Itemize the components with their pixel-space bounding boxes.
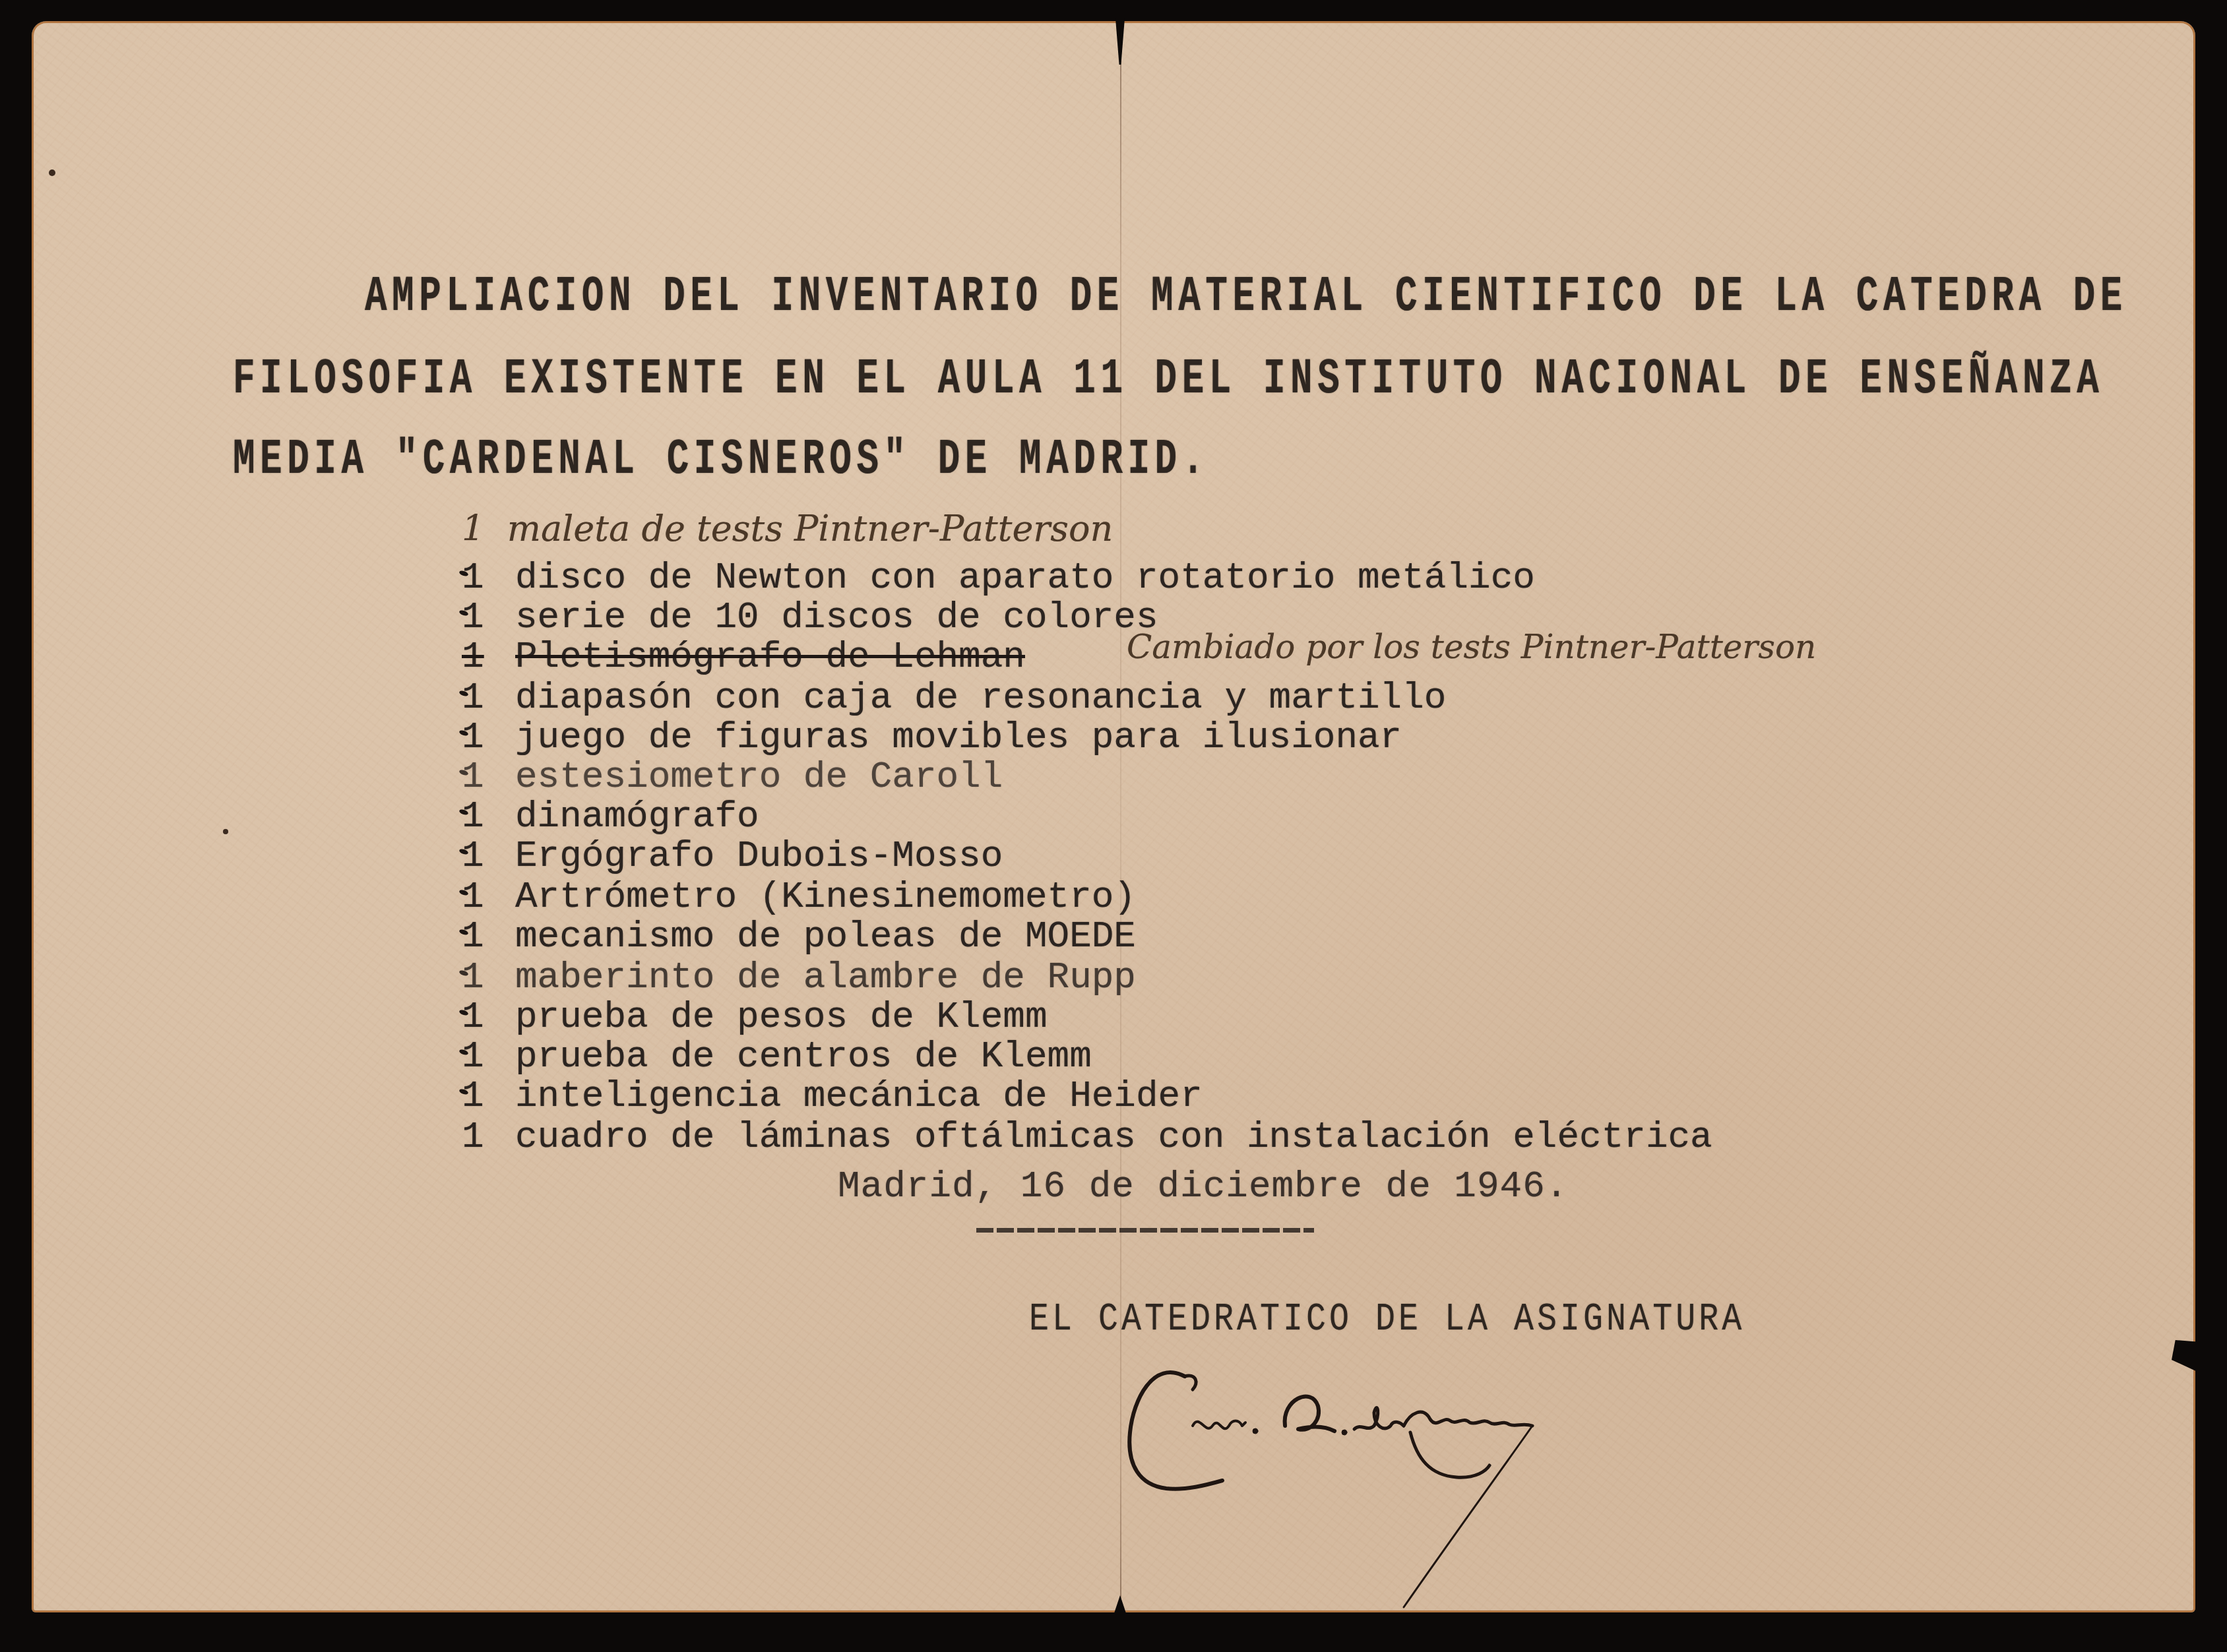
item-text: maberinto de alambre de Rupp	[515, 956, 1136, 998]
item-qty: 1	[462, 756, 484, 798]
signature	[1113, 1360, 1707, 1637]
item-text: diapasón con caja de resonancia y martil…	[515, 677, 1446, 719]
item-text: inteligencia mecánica de Heider	[515, 1075, 1203, 1117]
item-qty: 1	[462, 956, 484, 998]
item-text: Ergógrafo Dubois-Mosso	[515, 835, 1003, 877]
heading-line-3: MEDIA "CARDENAL CISNEROS" DE MADRID.	[233, 431, 1209, 488]
item-qty: 1	[462, 876, 484, 918]
item-text: Artrómetro (Kinesinemometro)	[515, 876, 1136, 918]
ink-speck	[49, 169, 55, 176]
item-text: Pletismógrafo de Lehman	[515, 636, 1025, 678]
fold-tear-top	[1115, 18, 1125, 65]
item-qty: 1	[462, 557, 484, 599]
item-qty: 1	[462, 1035, 484, 1078]
item-qty: 1	[462, 795, 484, 838]
handwritten-item-text: maleta de tests Pintner-Patterson	[507, 508, 1113, 549]
item-text: dinamógrafo	[515, 795, 759, 838]
item-text: juego de figuras movibles para ilusionar	[515, 716, 1402, 758]
item-text: mecanismo de poleas de MOEDE	[515, 915, 1136, 958]
item-qty: 1	[462, 636, 484, 678]
item-text: disco de Newton con aparato rotatorio me…	[515, 557, 1535, 599]
item-text: cuadro de láminas oftálmicas con instala…	[515, 1116, 1712, 1158]
signer-title: EL CATEDRATICO DE LA ASIGNATURA	[1029, 1297, 1745, 1342]
date-line: Madrid, 16 de diciembre de 1946.	[838, 1165, 1568, 1208]
item-text: serie de 10 discos de colores	[515, 596, 1158, 638]
item-qty: 1	[462, 716, 484, 758]
item-qty: 1	[462, 677, 484, 719]
handwritten-item-qty: 1	[462, 508, 484, 549]
signature-icon	[1113, 1360, 1707, 1637]
edge-notch	[2172, 1340, 2197, 1373]
ink-speck	[223, 829, 228, 834]
struck-item-annotation: Cambiado por los tests Pintner-Patterson	[1127, 628, 1816, 666]
heading-line-1: AMPLIACION DEL INVENTARIO DE MATERIAL CI…	[365, 268, 2127, 325]
item-text: prueba de centros de Klemm	[515, 1035, 1092, 1078]
item-text: estesiometro de Caroll	[515, 756, 1003, 798]
item-qty: 1	[462, 1075, 484, 1117]
handwritten-item: 1 maleta de tests Pintner-Patterson	[462, 508, 1113, 549]
heading-line-2: FILOSOFIA EXISTENTE EN EL AULA 11 DEL IN…	[233, 351, 2104, 408]
document-paper: AMPLIACION DEL INVENTARIO DE MATERIAL CI…	[32, 21, 2195, 1612]
dashed-separator	[976, 1228, 1314, 1233]
item-qty: 1	[462, 1116, 484, 1158]
item-qty: 1	[462, 835, 484, 877]
item-qty: 1	[462, 915, 484, 958]
item-qty: 1	[462, 596, 484, 638]
item-qty: 1	[462, 996, 484, 1038]
item-text: prueba de pesos de Klemm	[515, 996, 1048, 1038]
